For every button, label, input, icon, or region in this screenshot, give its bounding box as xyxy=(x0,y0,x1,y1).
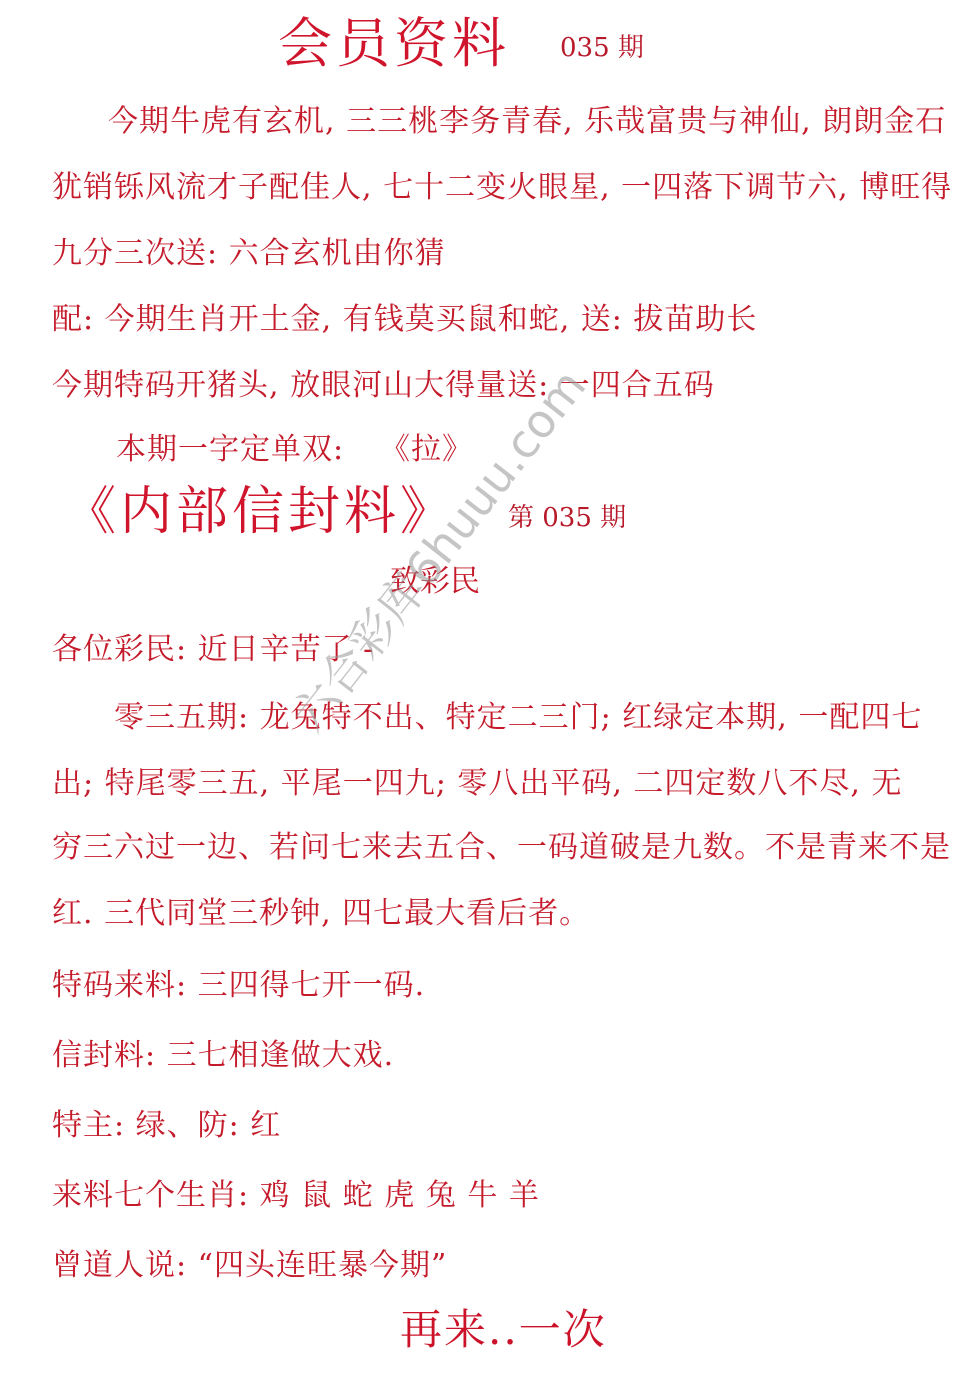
body-line: 出; 特尾零三五, 平尾一四九; 零八出平码, 二四定数八不尽, 无 xyxy=(52,766,903,802)
single-double-value: 《拉》 xyxy=(380,432,473,468)
greeting-heading: 致彩民 xyxy=(390,564,480,600)
item-zeng-daoren: 曾道人说: “四头连旺暴今期” xyxy=(52,1248,447,1284)
body-line: 穷三六过一边、若问七来去五合、一码道破是九数。不是青来不是 xyxy=(52,830,951,866)
paragraph-line: 犹销铄风流才子配佳人, 七十二变火眼星, 一四落下调节六, 博旺得 xyxy=(52,170,952,206)
item-tema-source: 特码来料: 三四得七开一码. xyxy=(52,968,425,1004)
watermark-text: 六合彩库6huuu.com xyxy=(274,354,599,744)
footer-title: 再来..一次 xyxy=(400,1306,607,1354)
salutation: 各位彩民: 近日辛苦了 - xyxy=(52,632,374,668)
item-envelope-source: 信封料: 三七相逢做大戏. xyxy=(52,1038,394,1074)
member-info-issue: 035 期 xyxy=(560,32,644,64)
paragraph-line: 今期牛虎有玄机, 三三桃李务青春, 乐哉富贵与神仙, 朗朗金石 xyxy=(108,104,946,140)
body-line: 零三五期: 龙兔特不出、特定二三门; 红绿定本期, 一配四七 xyxy=(114,700,922,736)
body-line: 红. 三代同堂三秒钟, 四七最大看后者。 xyxy=(52,896,590,932)
item-seven-zodiacs: 来料七个生肖: 鸡 鼠 蛇 虎 兔 牛 羊 xyxy=(52,1178,540,1214)
item-main-color: 特主: 绿、防: 红 xyxy=(52,1108,281,1144)
member-info-title: 会员资料 xyxy=(278,14,510,74)
paragraph-line: 九分三次送: 六合玄机由你猜 xyxy=(52,236,446,272)
envelope-issue: 第 035 期 xyxy=(508,502,626,534)
envelope-title: 《内部信封料》 xyxy=(64,482,456,542)
tema-line: 今期特码开猪头, 放眼河山大得量送: 一四合五码 xyxy=(52,368,715,404)
pei-line: 配: 今期生肖开土金, 有钱莫买鼠和蛇, 送: 拔苗助长 xyxy=(52,302,757,338)
single-double-label: 本期一字定单双: xyxy=(116,432,344,468)
